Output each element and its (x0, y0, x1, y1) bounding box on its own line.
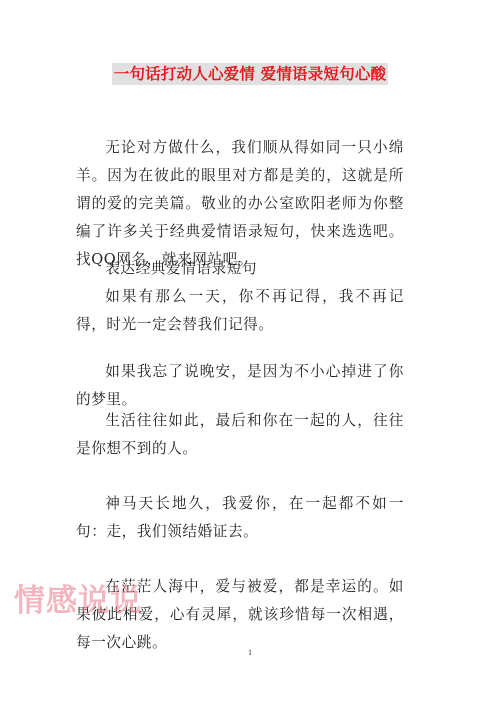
quote-paragraph-2: 如果我忘了说晚安，是因为不小心掉进了你的梦里。 (76, 358, 404, 414)
quote-paragraph-1: 如果有那么一天，你不再记得，我不再记得，时光一定会替我们记得。 (76, 283, 404, 339)
quote-block-4: 神马天长地久，我爱你，在一起都不如一句：走，我们领结婚证去。 (76, 490, 404, 546)
intro-paragraph-block: 无论对方做什么，我们顺从得如同一只小绵羊。因为在彼此的眼里对方都是美的，这就是所… (76, 134, 404, 274)
quote-block-5: 在茫茫人海中，爱与被爱，都是幸运的。如果彼此相爱，心有灵犀，就该珍惜每一次相遇，… (76, 573, 404, 657)
quote-paragraph-5: 在茫茫人海中，爱与被爱，都是幸运的。如果彼此相爱，心有灵犀，就该珍惜每一次相遇，… (76, 573, 404, 657)
intro-paragraph: 无论对方做什么，我们顺从得如同一只小绵羊。因为在彼此的眼里对方都是美的，这就是所… (76, 134, 404, 274)
page-number: 1 (0, 648, 500, 657)
section-heading: 表达经典爱情语录短句 (76, 255, 404, 283)
quote-block-2: 如果我忘了说晚安，是因为不小心掉进了你的梦里。 (76, 358, 404, 414)
quote-paragraph-3: 生活往往如此，最后和你在一起的人，往往是你想不到的人。 (76, 407, 404, 463)
document-title: 一句话打动人心爱情 爱情语录短句心酸 (112, 63, 389, 85)
quote-paragraph-4: 神马天长地久，我爱你，在一起都不如一句：走，我们领结婚证去。 (76, 490, 404, 546)
quote-block-1: 如果有那么一天，你不再记得，我不再记得，时光一定会替我们记得。 (76, 283, 404, 339)
title-container: 一句话打动人心爱情 爱情语录短句心酸 (0, 63, 500, 85)
document-page: 一句话打动人心爱情 爱情语录短句心酸 无论对方做什么，我们顺从得如同一只小绵羊。… (0, 0, 500, 708)
section-heading-block: 表达经典爱情语录短句 (76, 255, 404, 283)
quote-block-3: 生活往往如此，最后和你在一起的人，往往是你想不到的人。 (76, 407, 404, 463)
